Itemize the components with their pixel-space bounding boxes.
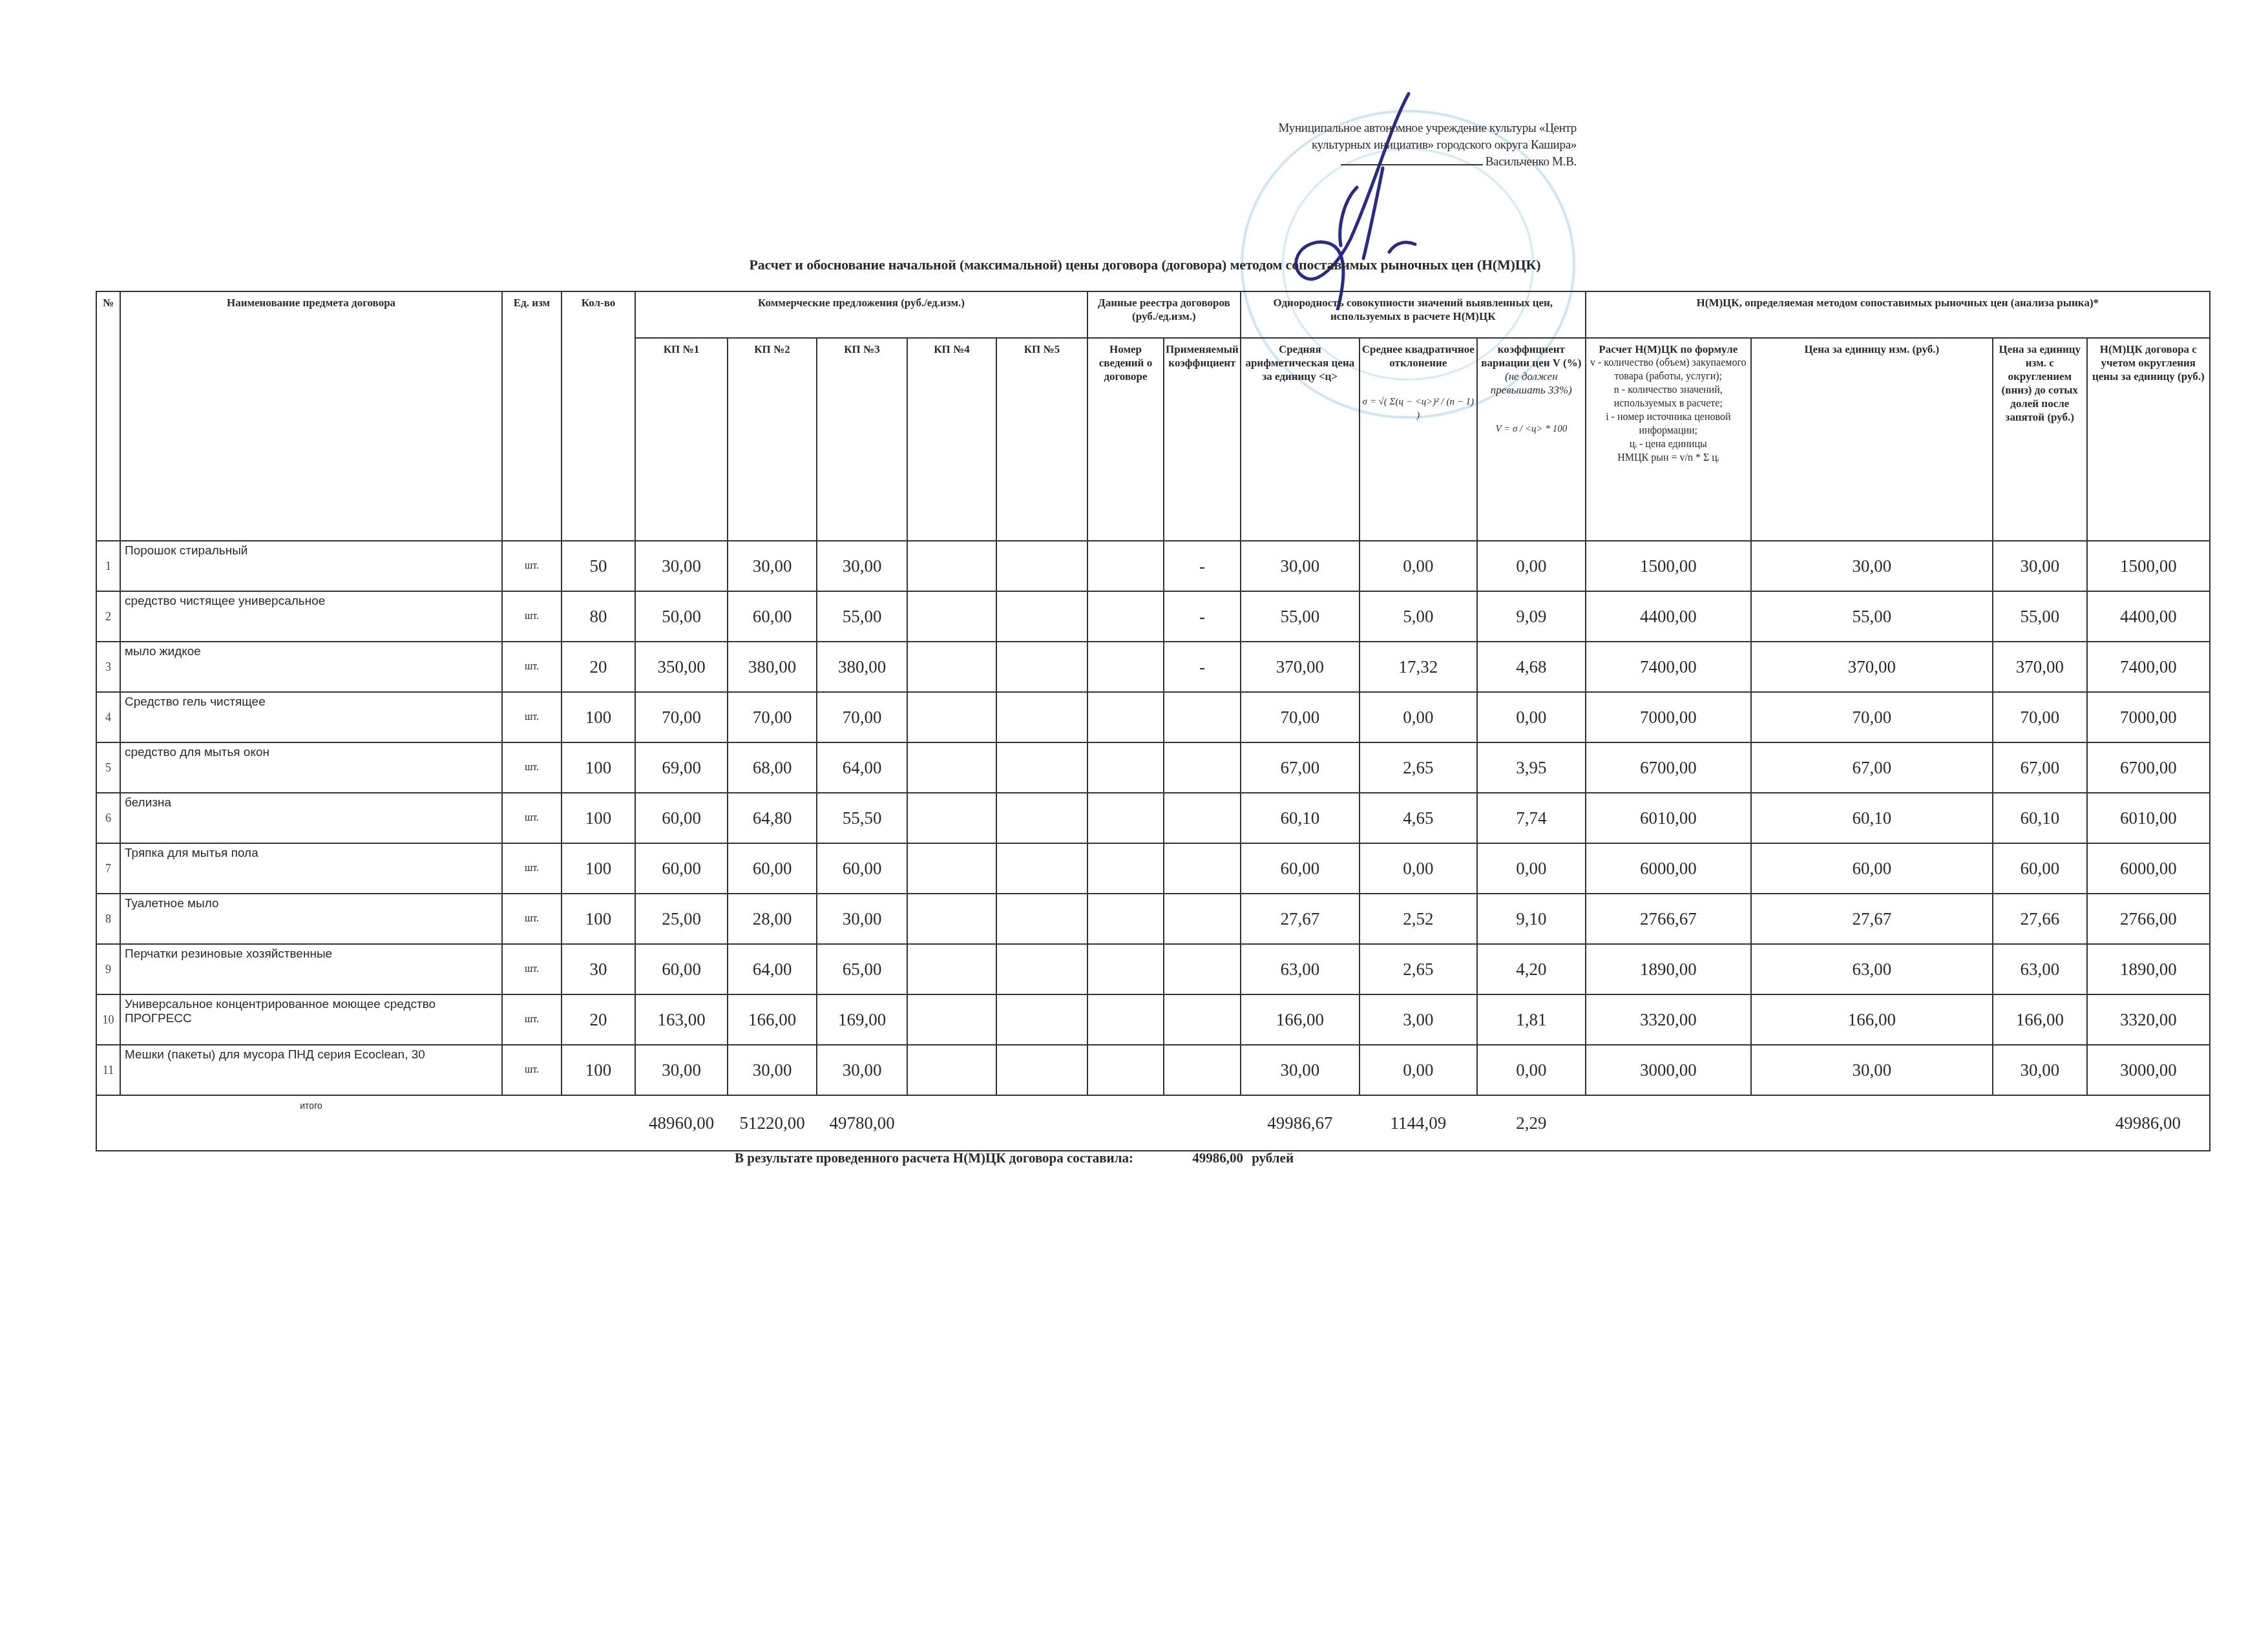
item-qty: 20 (562, 642, 635, 692)
item-qty: 100 (562, 692, 635, 742)
kp3-price: 55,50 (817, 793, 907, 843)
unit-price: 63,00 (1751, 944, 1993, 994)
kp5-price (996, 742, 1087, 793)
kp5-price (996, 1045, 1087, 1095)
mean-price: 67,00 (1241, 742, 1360, 793)
kp1-price: 69,00 (635, 742, 728, 793)
kp3-price: 64,00 (817, 742, 907, 793)
unit-price: 67,00 (1751, 742, 1993, 793)
std-dev: 4,65 (1360, 793, 1477, 843)
col-header-kp2: КП №2 (728, 338, 817, 541)
kp1-price: 60,00 (635, 843, 728, 894)
registry-number (1087, 994, 1164, 1045)
result-line: В результате проведенного расчета Н(М)ЦК… (735, 1150, 1294, 1166)
calc-legend-n: n - количество значений, используемых в … (1588, 383, 1749, 410)
kp1-price: 350,00 (635, 642, 728, 692)
kp4-price (907, 994, 996, 1045)
item-unit: шт. (502, 994, 562, 1045)
registry-number (1087, 541, 1164, 591)
nmck-rounded: 4400,00 (2087, 591, 2210, 642)
kp5-price (996, 894, 1087, 944)
total-mean: 49986,67 (1241, 1095, 1360, 1151)
row-number: 11 (96, 1045, 120, 1095)
kp5-price (996, 692, 1087, 742)
nmck-rounded: 6010,00 (2087, 793, 2210, 843)
table-row: 10 Универсальное концентрированное моюще… (96, 994, 2210, 1045)
mean-price: 30,00 (1241, 1045, 1360, 1095)
kp3-price: 65,00 (817, 944, 907, 994)
col-header-calc: Расчет Н(М)ЦК по формуле v - количество … (1586, 338, 1751, 541)
kp3-price: 169,00 (817, 994, 907, 1045)
kp2-price: 380,00 (728, 642, 817, 692)
nmck-rounded: 3320,00 (2087, 994, 2210, 1045)
item-qty: 50 (562, 541, 635, 591)
kp1-price: 60,00 (635, 793, 728, 843)
registry-coef: - (1164, 541, 1241, 591)
calc-legend-i: i - номер источника ценовой информации; (1588, 410, 1749, 437)
approval-signer: Васильченко М.В. (1486, 155, 1577, 169)
nmck-rounded: 6000,00 (2087, 843, 2210, 894)
calc-nmck: 3000,00 (1586, 1045, 1751, 1095)
variation: 4,20 (1477, 944, 1586, 994)
kp1-price: 25,00 (635, 894, 728, 944)
calc-nmck: 7400,00 (1586, 642, 1751, 692)
item-name: Мешки (пакеты) для мусора ПНД серия Ecoc… (120, 1045, 502, 1095)
row-number: 7 (96, 843, 120, 894)
total-kp2: 51220,00 (728, 1095, 817, 1151)
table-row: 3 мыло жидкое шт. 20 350,00 380,00 380,0… (96, 642, 2210, 692)
table-row: 8 Туалетное мыло шт. 100 25,00 28,00 30,… (96, 894, 2210, 944)
kp2-price: 166,00 (728, 994, 817, 1045)
kp2-price: 28,00 (728, 894, 817, 944)
total-nmck: 49986,00 (2087, 1095, 2210, 1151)
item-name: мыло жидкое (120, 642, 502, 692)
item-unit: шт. (502, 944, 562, 994)
result-amount: 49986,00 (1192, 1150, 1243, 1166)
unit-price: 370,00 (1751, 642, 1993, 692)
approval-line-2: культурных инициатив» городского округа … (1215, 137, 1577, 154)
kp4-price (907, 843, 996, 894)
col-header-kp1: КП №1 (635, 338, 728, 541)
item-unit: шт. (502, 642, 562, 692)
calc-title: Расчет Н(М)ЦК по формуле (1588, 342, 1749, 356)
std-dev: 0,00 (1360, 541, 1477, 591)
registry-coef (1164, 994, 1241, 1045)
signature-line (1341, 164, 1483, 165)
calc-nmck: 7000,00 (1586, 692, 1751, 742)
table-row: 4 Средство гель чистящее шт. 100 70,00 7… (96, 692, 2210, 742)
mean-price: 166,00 (1241, 994, 1360, 1045)
registry-number (1087, 591, 1164, 642)
registry-number (1087, 944, 1164, 994)
item-name: средство для мытья окон (120, 742, 502, 793)
unit-price-rounded: 370,00 (1993, 642, 2087, 692)
unit-price-rounded: 70,00 (1993, 692, 2087, 742)
row-number: 9 (96, 944, 120, 994)
unit-price-rounded: 63,00 (1993, 944, 2087, 994)
registry-number (1087, 742, 1164, 793)
item-name: Перчатки резиновые хозяйственные (120, 944, 502, 994)
unit-price: 70,00 (1751, 692, 1993, 742)
kp5-price (996, 642, 1087, 692)
std-dev-label: Среднее квадратичное отклонение (1362, 343, 1475, 369)
unit-price-rounded: 30,00 (1993, 1045, 2087, 1095)
kp2-price: 30,00 (728, 541, 817, 591)
kp4-price (907, 894, 996, 944)
row-number: 10 (96, 994, 120, 1045)
registry-coef (1164, 843, 1241, 894)
variation: 7,74 (1477, 793, 1586, 843)
nmck-rounded: 2766,00 (2087, 894, 2210, 944)
item-qty: 100 (562, 843, 635, 894)
kp4-price (907, 591, 996, 642)
item-qty: 100 (562, 1045, 635, 1095)
item-qty: 20 (562, 994, 635, 1045)
unit-price: 30,00 (1751, 541, 1993, 591)
table-row: 9 Перчатки резиновые хозяйственные шт. 3… (96, 944, 2210, 994)
unit-price-rounded: 60,00 (1993, 843, 2087, 894)
calc-legend-v: v - количество (объем) закупаемого товар… (1588, 356, 1749, 383)
kp4-price (907, 742, 996, 793)
unit-price: 60,10 (1751, 793, 1993, 843)
registry-coef (1164, 742, 1241, 793)
table-row: 6 белизна шт. 100 60,00 64,80 55,50 60,1… (96, 793, 2210, 843)
calc-formula: НМЦК рын = v/n * Σ цᵢ (1588, 451, 1749, 465)
total-sigma: 1144,09 (1360, 1095, 1477, 1151)
mean-price: 70,00 (1241, 692, 1360, 742)
col-header-unit-price: Цена за единицу изм. (руб.) (1751, 338, 1993, 541)
kp1-price: 60,00 (635, 944, 728, 994)
item-unit: шт. (502, 742, 562, 793)
unit-price-rounded: 166,00 (1993, 994, 2087, 1045)
item-unit: шт. (502, 843, 562, 894)
kp3-price: 55,00 (817, 591, 907, 642)
row-number: 1 (96, 541, 120, 591)
unit-price: 166,00 (1751, 994, 1993, 1045)
registry-coef (1164, 1045, 1241, 1095)
nmck-rounded: 7400,00 (2087, 642, 2210, 692)
calc-nmck: 6010,00 (1586, 793, 1751, 843)
registry-number (1087, 793, 1164, 843)
variation: 0,00 (1477, 541, 1586, 591)
unit-price-rounded: 67,00 (1993, 742, 2087, 793)
mean-price: 63,00 (1241, 944, 1360, 994)
registry-number (1087, 843, 1164, 894)
kp2-price: 64,00 (728, 944, 817, 994)
item-unit: шт. (502, 1045, 562, 1095)
col-header-kp3: КП №3 (817, 338, 907, 541)
unit-price: 30,00 (1751, 1045, 1993, 1095)
col-header-kp4: КП №4 (907, 338, 996, 541)
calc-nmck: 1500,00 (1586, 541, 1751, 591)
registry-number (1087, 1045, 1164, 1095)
registry-coef (1164, 894, 1241, 944)
row-number: 5 (96, 742, 120, 793)
mean-price: 60,00 (1241, 843, 1360, 894)
kp3-price: 380,00 (817, 642, 907, 692)
kp1-price: 30,00 (635, 541, 728, 591)
variation: 3,95 (1477, 742, 1586, 793)
std-dev: 2,52 (1360, 894, 1477, 944)
kp4-price (907, 793, 996, 843)
mean-price: 55,00 (1241, 591, 1360, 642)
variation: 0,00 (1477, 692, 1586, 742)
kp1-price: 30,00 (635, 1045, 728, 1095)
kp5-price (996, 994, 1087, 1045)
kp5-price (996, 591, 1087, 642)
total-kp3: 49780,00 (817, 1095, 907, 1151)
total-kp1: 48960,00 (635, 1095, 728, 1151)
std-dev-formula: σ = √( Σ(ц − <ц>)² / (n − 1) ) (1361, 395, 1475, 423)
nmck-rounded: 6700,00 (2087, 742, 2210, 793)
kp5-price (996, 944, 1087, 994)
kp3-price: 30,00 (817, 541, 907, 591)
variation-formula: V = σ / <ц> * 100 (1479, 423, 1584, 436)
std-dev: 0,00 (1360, 692, 1477, 742)
calc-nmck: 4400,00 (1586, 591, 1751, 642)
approval-line-1: Муниципальное автономное учреждение куль… (1215, 120, 1577, 137)
kp4-price (907, 1045, 996, 1095)
table-row: 7 Тряпка для мытья пола шт. 100 60,00 60… (96, 843, 2210, 894)
price-calculation-table: № Наименование предмета договора Ед. изм… (96, 291, 2210, 1151)
col-header-no: № (96, 291, 120, 541)
approval-block: Муниципальное автономное учреждение куль… (1215, 120, 1577, 171)
std-dev: 2,65 (1360, 742, 1477, 793)
variation: 9,10 (1477, 894, 1586, 944)
row-number: 3 (96, 642, 120, 692)
kp5-price (996, 541, 1087, 591)
registry-number (1087, 692, 1164, 742)
kp1-price: 70,00 (635, 692, 728, 742)
unit-price-rounded: 60,10 (1993, 793, 2087, 843)
item-name: Порошок стиральный (120, 541, 502, 591)
col-header-unit: Ед. изм (502, 291, 562, 541)
item-unit: шт. (502, 591, 562, 642)
kp5-price (996, 843, 1087, 894)
variation: 4,68 (1477, 642, 1586, 692)
col-header-registry-coef: Применяемый коэффициент (1164, 338, 1241, 541)
table-row: 11 Мешки (пакеты) для мусора ПНД серия E… (96, 1045, 2210, 1095)
item-name: Универсальное концентрированное моющее с… (120, 994, 502, 1045)
table-row: 2 средство чистящее универсальное шт. 80… (96, 591, 2210, 642)
unit-price: 60,00 (1751, 843, 1993, 894)
col-header-name: Наименование предмета договора (120, 291, 502, 541)
kp3-price: 30,00 (817, 894, 907, 944)
std-dev: 0,00 (1360, 843, 1477, 894)
nmck-rounded: 7000,00 (2087, 692, 2210, 742)
variation: 9,09 (1477, 591, 1586, 642)
col-group-registry: Данные реестра договоров (руб./ед.изм.) (1087, 291, 1241, 338)
kp4-price (907, 541, 996, 591)
item-name: Тряпка для мытья пола (120, 843, 502, 894)
unit-price-rounded: 55,00 (1993, 591, 2087, 642)
kp2-price: 60,00 (728, 591, 817, 642)
col-header-std-dev: Среднее квадратичное отклонение σ = √( Σ… (1360, 338, 1477, 541)
item-name: Туалетное мыло (120, 894, 502, 944)
row-number: 2 (96, 591, 120, 642)
mean-price: 30,00 (1241, 541, 1360, 591)
table-row: 1 Порошок стиральный шт. 50 30,00 30,00 … (96, 541, 2210, 591)
kp3-price: 30,00 (817, 1045, 907, 1095)
kp4-price (907, 692, 996, 742)
calc-nmck: 3320,00 (1586, 994, 1751, 1045)
registry-number (1087, 642, 1164, 692)
variation-note: (не должен превышать 33%) (1491, 370, 1572, 396)
totals-row: итого 48960,00 51220,00 49780,00 49986,6… (96, 1095, 2210, 1151)
std-dev: 2,65 (1360, 944, 1477, 994)
unit-price-rounded: 27,66 (1993, 894, 2087, 944)
item-qty: 80 (562, 591, 635, 642)
nmck-rounded: 3000,00 (2087, 1045, 2210, 1095)
registry-coef (1164, 944, 1241, 994)
item-unit: шт. (502, 894, 562, 944)
row-number: 8 (96, 894, 120, 944)
std-dev: 17,32 (1360, 642, 1477, 692)
calc-nmck: 6700,00 (1586, 742, 1751, 793)
registry-coef: - (1164, 591, 1241, 642)
kp4-price (907, 642, 996, 692)
std-dev: 5,00 (1360, 591, 1477, 642)
result-label: В результате проведенного расчета Н(М)ЦК… (735, 1150, 1133, 1166)
col-group-offers: Коммерческие предложения (руб./ед.изм.) (635, 291, 1087, 338)
calc-nmck: 2766,67 (1586, 894, 1751, 944)
item-name: белизна (120, 793, 502, 843)
calc-legend-price: цᵢ - цена единицы (1588, 437, 1749, 451)
col-header-variation: коэффициент вариации цен V (%) (не долже… (1477, 338, 1586, 541)
calc-nmck: 6000,00 (1586, 843, 1751, 894)
std-dev: 0,00 (1360, 1045, 1477, 1095)
col-group-nmck: Н(М)ЦК, определяемая методом сопоставимы… (1586, 291, 2210, 338)
kp5-price (996, 793, 1087, 843)
item-name: Средство гель чистящее (120, 692, 502, 742)
total-variation: 2,29 (1477, 1095, 1586, 1151)
kp3-price: 60,00 (817, 843, 907, 894)
kp2-price: 70,00 (728, 692, 817, 742)
kp3-price: 70,00 (817, 692, 907, 742)
variation: 1,81 (1477, 994, 1586, 1045)
calc-nmck: 1890,00 (1586, 944, 1751, 994)
kp2-price: 30,00 (728, 1045, 817, 1095)
std-dev: 3,00 (1360, 994, 1477, 1045)
result-currency: рублей (1252, 1150, 1294, 1166)
item-unit: шт. (502, 541, 562, 591)
col-header-qty: Кол-во (562, 291, 635, 541)
col-header-unit-price-rounded: Цена за единицу изм. с округлением (вниз… (1993, 338, 2087, 541)
variation-label: коэффициент вариации цен V (%) (1481, 343, 1581, 369)
row-number: 6 (96, 793, 120, 843)
kp2-price: 64,80 (728, 793, 817, 843)
item-unit: шт. (502, 793, 562, 843)
item-unit: шт. (502, 692, 562, 742)
table-row: 5 средство для мытья окон шт. 100 69,00 … (96, 742, 2210, 793)
kp1-price: 50,00 (635, 591, 728, 642)
totals-label: итого (120, 1095, 502, 1151)
kp4-price (907, 944, 996, 994)
col-header-nmck-rounded: Н(М)ЦК договора с учетом округления цены… (2087, 338, 2210, 541)
item-qty: 100 (562, 894, 635, 944)
nmck-rounded: 1500,00 (2087, 541, 2210, 591)
col-header-mean-price: Средняя арифметическая цена за единицу <… (1241, 338, 1360, 541)
kp1-price: 163,00 (635, 994, 728, 1045)
row-number: 4 (96, 692, 120, 742)
item-qty: 100 (562, 793, 635, 843)
registry-coef: - (1164, 642, 1241, 692)
unit-price: 55,00 (1751, 591, 1993, 642)
mean-price: 60,10 (1241, 793, 1360, 843)
kp2-price: 60,00 (728, 843, 817, 894)
registry-number (1087, 894, 1164, 944)
kp2-price: 68,00 (728, 742, 817, 793)
col-header-kp5: КП №5 (996, 338, 1087, 541)
variation: 0,00 (1477, 843, 1586, 894)
item-qty: 30 (562, 944, 635, 994)
col-header-registry-number: Номер сведений о договоре (1087, 338, 1164, 541)
mean-price: 370,00 (1241, 642, 1360, 692)
col-group-homogeneity: Однородность совокупности значений выявл… (1241, 291, 1586, 338)
unit-price-rounded: 30,00 (1993, 541, 2087, 591)
item-qty: 100 (562, 742, 635, 793)
unit-price: 27,67 (1751, 894, 1993, 944)
registry-coef (1164, 692, 1241, 742)
document-title: Расчет и обоснование начальной (максимал… (96, 257, 2194, 273)
item-name: средство чистящее универсальное (120, 591, 502, 642)
nmck-rounded: 1890,00 (2087, 944, 2210, 994)
variation: 0,00 (1477, 1045, 1586, 1095)
mean-price: 27,67 (1241, 894, 1360, 944)
registry-coef (1164, 793, 1241, 843)
